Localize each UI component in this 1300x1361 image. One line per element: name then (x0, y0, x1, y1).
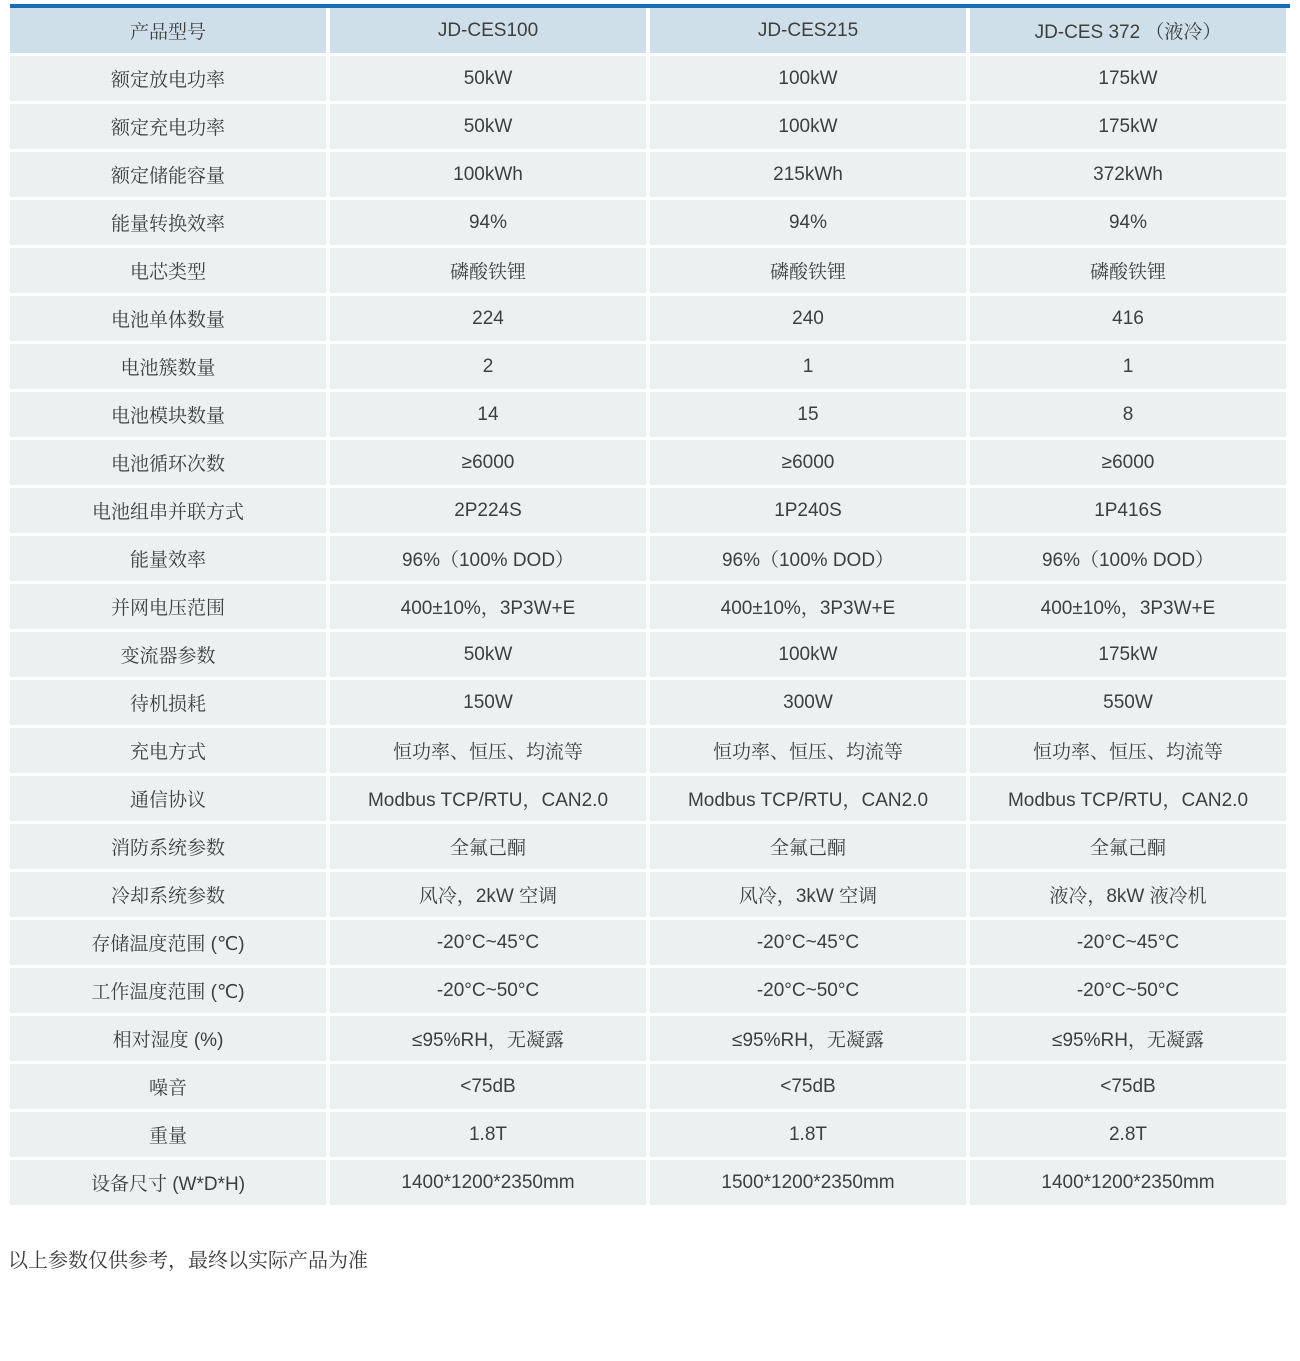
spec-value: 风冷，2kW 空调 (330, 872, 650, 920)
spec-value: 416 (970, 296, 1290, 344)
spec-label: 变流器参数 (10, 632, 330, 680)
spec-value: 215kWh (650, 152, 970, 200)
table-row: 能量转换效率 94% 94% 94% (10, 200, 1290, 248)
spec-value: 1500*1200*2350mm (650, 1160, 970, 1208)
spec-value: 15 (650, 392, 970, 440)
spec-label: 并网电压范围 (10, 584, 330, 632)
spec-label: 额定充电功率 (10, 104, 330, 152)
spec-label: 工作温度范围 (℃) (10, 968, 330, 1016)
spec-value: -20°C~50°C (970, 968, 1290, 1016)
spec-label: 电芯类型 (10, 248, 330, 296)
spec-label: 相对湿度 (%) (10, 1016, 330, 1064)
table-row: 电芯类型 磷酸铁锂 磷酸铁锂 磷酸铁锂 (10, 248, 1290, 296)
spec-value: 恒功率、恒压、均流等 (650, 728, 970, 776)
spec-value: Modbus TCP/RTU，CAN2.0 (330, 776, 650, 824)
spec-value: 100kW (650, 104, 970, 152)
header-cell-model-jd-ces100: JD-CES100 (330, 8, 650, 56)
spec-value: 8 (970, 392, 1290, 440)
spec-value: 液冷，8kW 液冷机 (970, 872, 1290, 920)
spec-label: 存储温度范围 (℃) (10, 920, 330, 968)
spec-value: 224 (330, 296, 650, 344)
table-row: 变流器参数 50kW 100kW 175kW (10, 632, 1290, 680)
spec-label: 能量效率 (10, 536, 330, 584)
spec-label: 冷却系统参数 (10, 872, 330, 920)
spec-value: 全氟己酮 (970, 824, 1290, 872)
spec-value: ≥6000 (650, 440, 970, 488)
table-row: 电池模块数量 14 15 8 (10, 392, 1290, 440)
spec-label: 设备尺寸 (W*D*H) (10, 1160, 330, 1208)
spec-value: Modbus TCP/RTU，CAN2.0 (970, 776, 1290, 824)
table-row: 冷却系统参数 风冷，2kW 空调 风冷，3kW 空调 液冷，8kW 液冷机 (10, 872, 1290, 920)
spec-value: -20°C~50°C (650, 968, 970, 1016)
spec-value: -20°C~50°C (330, 968, 650, 1016)
table-row: 并网电压范围 400±10%，3P3W+E 400±10%，3P3W+E 400… (10, 584, 1290, 632)
spec-value: ≥6000 (330, 440, 650, 488)
spec-value: 96%（100% DOD） (330, 536, 650, 584)
spec-label: 消防系统参数 (10, 824, 330, 872)
spec-value: 14 (330, 392, 650, 440)
spec-value: 1P240S (650, 488, 970, 536)
spec-value: 2.8T (970, 1112, 1290, 1160)
spec-value: 1 (650, 344, 970, 392)
spec-value: 恒功率、恒压、均流等 (330, 728, 650, 776)
spec-label: 电池组串并联方式 (10, 488, 330, 536)
spec-value: 100kW (650, 632, 970, 680)
spec-value: <75dB (650, 1064, 970, 1112)
product-spec-table: 产品型号 JD-CES100 JD-CES215 JD-CES 372 （液冷）… (10, 8, 1290, 1208)
spec-value: 50kW (330, 104, 650, 152)
spec-value: 94% (650, 200, 970, 248)
spec-value: 100kW (650, 56, 970, 104)
table-row: 额定储能容量 100kWh 215kWh 372kWh (10, 152, 1290, 200)
table-row: 相对湿度 (%) ≤95%RH，无凝露 ≤95%RH，无凝露 ≤95%RH，无凝… (10, 1016, 1290, 1064)
spec-label: 电池簇数量 (10, 344, 330, 392)
spec-value: 全氟己酮 (330, 824, 650, 872)
table-row: 存储温度范围 (℃) -20°C~45°C -20°C~45°C -20°C~4… (10, 920, 1290, 968)
header-cell-model-jd-ces215: JD-CES215 (650, 8, 970, 56)
spec-value: 175kW (970, 56, 1290, 104)
spec-label: 电池模块数量 (10, 392, 330, 440)
spec-value: 100kWh (330, 152, 650, 200)
table-row: 待机损耗 150W 300W 550W (10, 680, 1290, 728)
spec-value: 150W (330, 680, 650, 728)
spec-label: 充电方式 (10, 728, 330, 776)
spec-label: 电池单体数量 (10, 296, 330, 344)
spec-value: 2P224S (330, 488, 650, 536)
spec-value: 1P416S (970, 488, 1290, 536)
table-row: 消防系统参数 全氟己酮 全氟己酮 全氟己酮 (10, 824, 1290, 872)
spec-value: -20°C~45°C (650, 920, 970, 968)
spec-value: 50kW (330, 632, 650, 680)
spec-value: <75dB (970, 1064, 1290, 1112)
spec-value: 2 (330, 344, 650, 392)
spec-value: <75dB (330, 1064, 650, 1112)
spec-value: -20°C~45°C (970, 920, 1290, 968)
spec-label: 额定放电功率 (10, 56, 330, 104)
spec-value: 175kW (970, 632, 1290, 680)
spec-value: 磷酸铁锂 (330, 248, 650, 296)
spec-value: 240 (650, 296, 970, 344)
spec-value: 全氟己酮 (650, 824, 970, 872)
spec-value: 风冷，3kW 空调 (650, 872, 970, 920)
spec-value: 400±10%，3P3W+E (650, 584, 970, 632)
spec-value: 1400*1200*2350mm (330, 1160, 650, 1208)
table-row: 通信协议 Modbus TCP/RTU，CAN2.0 Modbus TCP/RT… (10, 776, 1290, 824)
spec-value: 1 (970, 344, 1290, 392)
table-row: 设备尺寸 (W*D*H) 1400*1200*2350mm 1500*1200*… (10, 1160, 1290, 1208)
spec-value: 94% (330, 200, 650, 248)
spec-value: Modbus TCP/RTU，CAN2.0 (650, 776, 970, 824)
table-row: 额定放电功率 50kW 100kW 175kW (10, 56, 1290, 104)
table-row: 额定充电功率 50kW 100kW 175kW (10, 104, 1290, 152)
spec-value: 1.8T (330, 1112, 650, 1160)
spec-value: ≤95%RH，无凝露 (330, 1016, 650, 1064)
spec-value: 恒功率、恒压、均流等 (970, 728, 1290, 776)
table-row: 电池循环次数 ≥6000 ≥6000 ≥6000 (10, 440, 1290, 488)
header-cell-model-jd-ces372: JD-CES 372 （液冷） (970, 8, 1290, 56)
table-row: 电池组串并联方式 2P224S 1P240S 1P416S (10, 488, 1290, 536)
table-row: 重量 1.8T 1.8T 2.8T (10, 1112, 1290, 1160)
spec-value: 50kW (330, 56, 650, 104)
table-row: 能量效率 96%（100% DOD） 96%（100% DOD） 96%（100… (10, 536, 1290, 584)
spec-value: 磷酸铁锂 (650, 248, 970, 296)
spec-value: 96%（100% DOD） (650, 536, 970, 584)
spec-value: ≤95%RH，无凝露 (970, 1016, 1290, 1064)
header-row: 产品型号 JD-CES100 JD-CES215 JD-CES 372 （液冷） (10, 8, 1290, 56)
spec-table-container: 产品型号 JD-CES100 JD-CES215 JD-CES 372 （液冷）… (10, 4, 1290, 1208)
table-row: 工作温度范围 (℃) -20°C~50°C -20°C~50°C -20°C~5… (10, 968, 1290, 1016)
table-row: 噪音 <75dB <75dB <75dB (10, 1064, 1290, 1112)
spec-label: 通信协议 (10, 776, 330, 824)
spec-value: 300W (650, 680, 970, 728)
spec-label: 额定储能容量 (10, 152, 330, 200)
table-row: 电池单体数量 224 240 416 (10, 296, 1290, 344)
spec-label: 重量 (10, 1112, 330, 1160)
table-row: 充电方式 恒功率、恒压、均流等 恒功率、恒压、均流等 恒功率、恒压、均流等 (10, 728, 1290, 776)
spec-value: 96%（100% DOD） (970, 536, 1290, 584)
spec-label: 噪音 (10, 1064, 330, 1112)
header-cell-param-name: 产品型号 (10, 8, 330, 56)
spec-value: 550W (970, 680, 1290, 728)
spec-value: 175kW (970, 104, 1290, 152)
spec-label: 能量转换效率 (10, 200, 330, 248)
spec-label: 待机损耗 (10, 680, 330, 728)
spec-value: 磷酸铁锂 (970, 248, 1290, 296)
spec-value: ≤95%RH，无凝露 (650, 1016, 970, 1064)
spec-value: ≥6000 (970, 440, 1290, 488)
spec-value: 94% (970, 200, 1290, 248)
spec-value: 400±10%，3P3W+E (330, 584, 650, 632)
spec-value: 1400*1200*2350mm (970, 1160, 1290, 1208)
spec-label: 电池循环次数 (10, 440, 330, 488)
spec-value: 372kWh (970, 152, 1290, 200)
spec-value: 400±10%，3P3W+E (970, 584, 1290, 632)
spec-value: -20°C~45°C (330, 920, 650, 968)
footer-note: 以上参数仅供参考，最终以实际产品为准 (8, 1244, 1300, 1273)
spec-value: 1.8T (650, 1112, 970, 1160)
table-row: 电池簇数量 2 1 1 (10, 344, 1290, 392)
